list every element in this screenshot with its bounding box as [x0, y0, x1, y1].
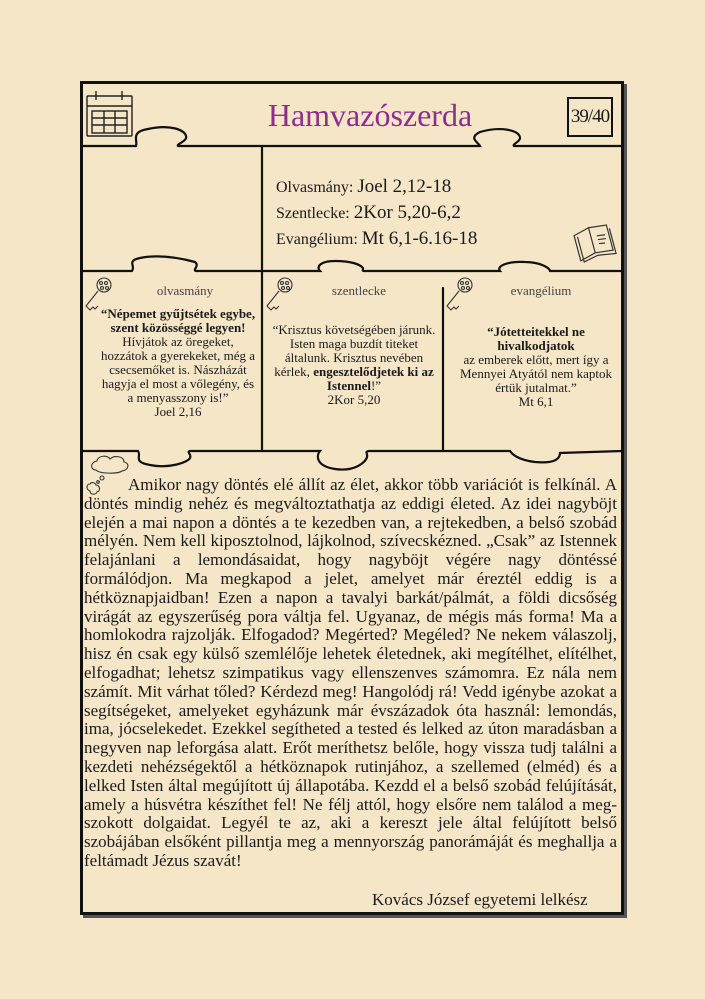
card-quote-text: Hívjátok az öregeket, hozzátok a gyereke…	[101, 334, 255, 405]
card-quote: “Népemet gyűjtsétek egybe, szent közössé…	[98, 307, 258, 419]
reading-row-evangelium: Evangélium: Mt 6,1-6.16-18	[276, 228, 477, 254]
card-quote: “Krisztus követségében járunk. Isten mag…	[268, 323, 440, 407]
author-signature: Kovács József egyetemi lelkész	[372, 890, 588, 910]
card-heading: szentlecke	[268, 283, 440, 305]
card-quote-bold: “Népemet gyűjtsétek egybe, szent közössé…	[101, 306, 255, 335]
card-olvasmany: olvasmány “Népemet gyűjtsétek egybe, sze…	[98, 283, 258, 419]
day-counter: 39/40	[567, 97, 613, 137]
card-evangelium: evangélium “Jótetteitekkel ne hivalkodja…	[450, 283, 622, 409]
card-reference: Joel 2,16	[155, 404, 202, 419]
card-heading: evangélium	[450, 283, 622, 305]
reading-value: Mt 6,1-6.16-18	[362, 228, 478, 249]
reading-label: Szentlecke:	[276, 205, 350, 222]
card-quote-bold: “Jótetteitekkel ne hivalkodjatok	[487, 324, 585, 353]
reading-row-olvasmany: Olvasmány: Joel 2,12-18	[276, 176, 477, 202]
reading-value: 2Kor 5,20-6,2	[354, 202, 461, 223]
card-reference: 2Kor 5,20	[328, 392, 381, 407]
card-quote-text: az emberek előtt, mert így a Mennyei Aty…	[460, 352, 612, 395]
reflection-text: Amikor nagy döntés elé állít az élet, ak…	[84, 476, 617, 871]
reading-row-szentlecke: Szentlecke: 2Kor 5,20-6,2	[276, 202, 477, 228]
reflection-body: Amikor nagy döntés elé állít az élet, ak…	[84, 475, 617, 870]
reading-value: Joel 2,12-18	[357, 176, 451, 197]
card-reference: Mt 6,1	[519, 394, 554, 409]
card-szentlecke: szentlecke “Krisztus követségében járunk…	[268, 283, 440, 407]
readings-list: Olvasmány: Joel 2,12-18 Szentlecke: 2Kor…	[276, 176, 477, 254]
card-quote: “Jótetteitekkel ne hivalkodjatok az embe…	[450, 325, 622, 409]
reading-label: Evangélium:	[276, 231, 358, 248]
card-heading: olvasmány	[98, 283, 258, 305]
card-quote-close: !”	[371, 378, 381, 393]
page-title: Hamvazószerda	[200, 97, 540, 134]
reading-label: Olvasmány:	[276, 179, 353, 196]
